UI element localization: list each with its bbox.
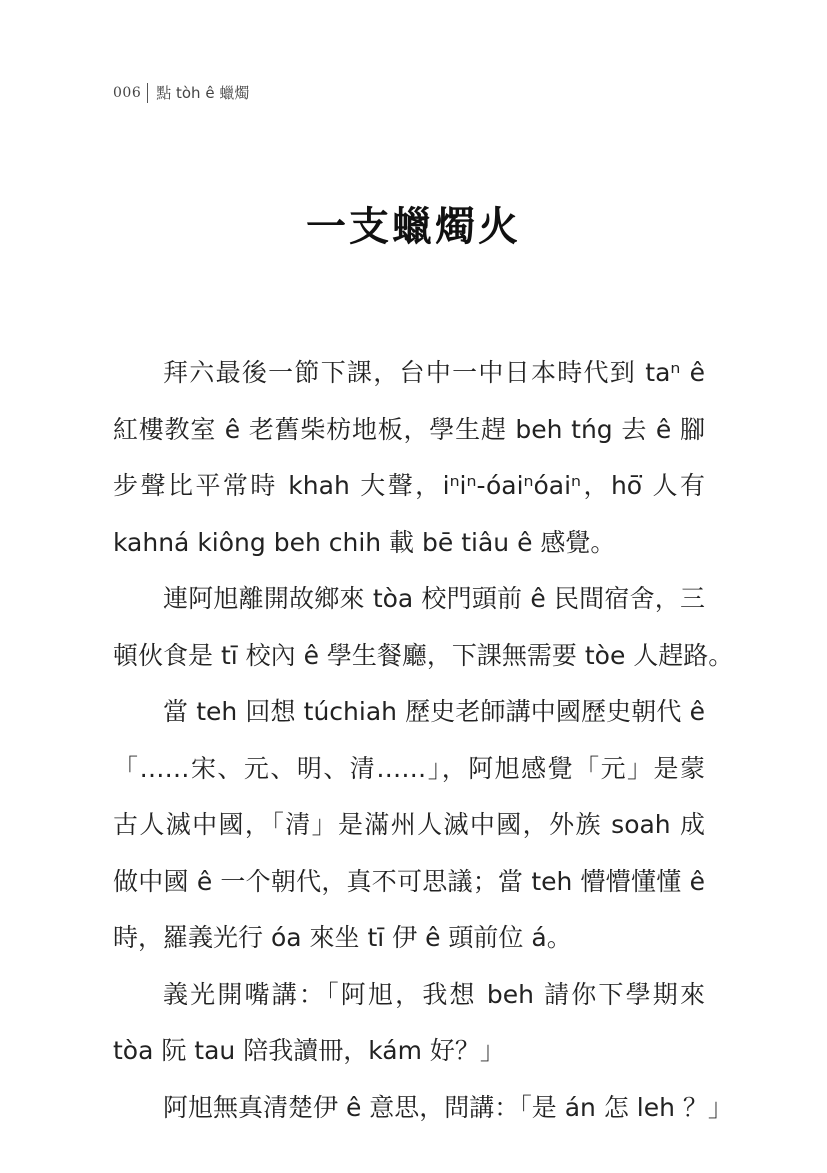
- text-line: 做中國 ê 一个朝代，真不可思議；當 teh 懵懵懂懂 ê: [113, 854, 705, 911]
- chapter-title: 一支蠟燭火: [0, 195, 827, 252]
- text-line: tòa 阮 tau 陪我讀冊，kám 好？」: [113, 1023, 705, 1080]
- text-line: 連阿旭離開故鄉來 tòa 校門頭前 ê 民間宿舍，三: [113, 571, 705, 628]
- text-line: 阿旭無真清楚伊 ê 意思，問講：「是 án 怎 leh ？」: [113, 1080, 705, 1137]
- text-line: kahná kiông beh chih 載 bē tiâu ê 感覺。: [113, 515, 705, 572]
- text-line: 「……宋、元、明、清……」，阿旭感覺「元」是蒙: [113, 741, 705, 798]
- text-line: 頓伙食是 tī 校內 ê 學生餐廳，下課無需要 tòe 人趕路。: [113, 628, 705, 685]
- text-line: 時，羅義光行 óa 來坐 tī 伊 ê 頭前位 á。: [113, 910, 705, 967]
- running-header: 006 點 tòh ê 蠟燭: [113, 82, 249, 103]
- header-divider: [147, 83, 148, 103]
- text-line: 義光開嘴講：「阿旭，我想 beh 請你下學期來: [113, 967, 705, 1024]
- running-title: 點 tòh ê 蠟燭: [156, 82, 249, 103]
- text-line: 當 teh 回想 túchiah 歷史老師講中國歷史朝代 ê: [113, 684, 705, 741]
- page-number: 006: [113, 85, 141, 101]
- text-line: 拜六最後一節下課，台中一中日本時代到 taⁿ ê: [113, 345, 705, 402]
- body-text: 拜六最後一節下課，台中一中日本時代到 taⁿ ê 紅樓教室 ê 老舊柴枋地板，學…: [113, 345, 705, 1136]
- text-line: 步聲比平常時 khah 大聲，iⁿiⁿ-óaiⁿóaiⁿ，hō͘ 人有: [113, 458, 705, 515]
- text-line: 古人滅中國，「清」是滿州人滅中國，外族 soah 成: [113, 797, 705, 854]
- text-line: 紅樓教室 ê 老舊柴枋地板，學生趕 beh tńg 去 ê 腳: [113, 402, 705, 459]
